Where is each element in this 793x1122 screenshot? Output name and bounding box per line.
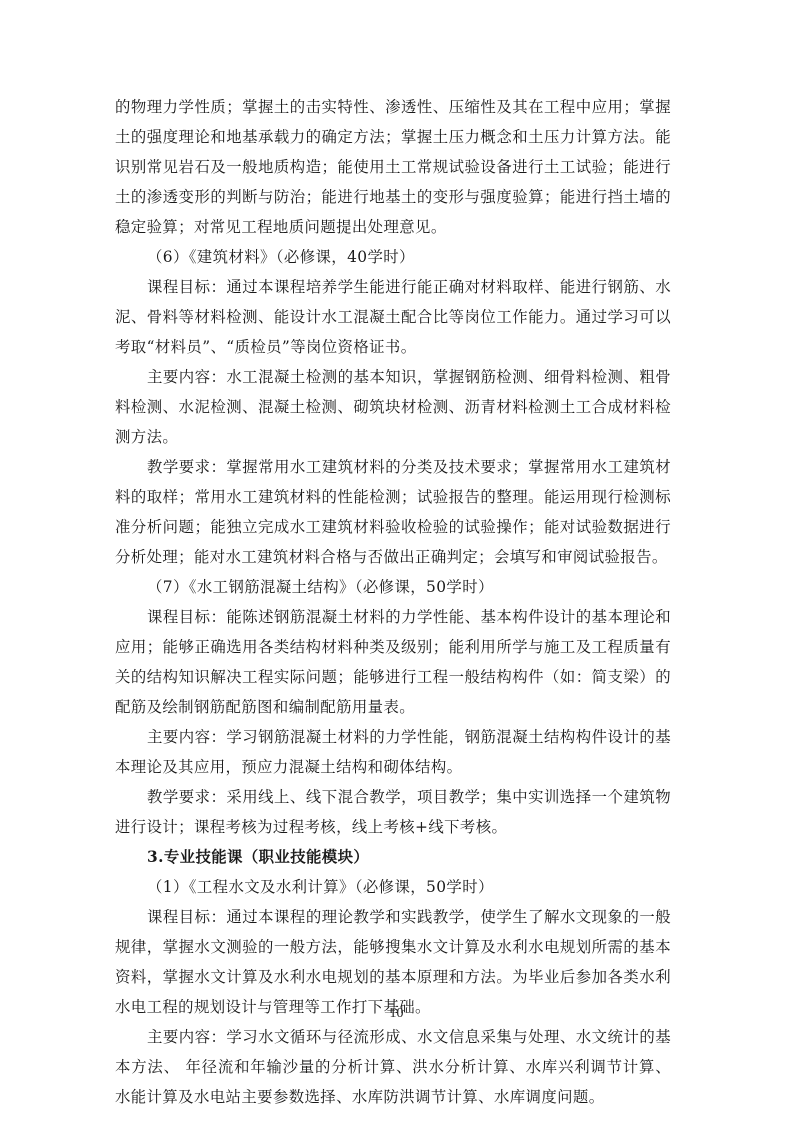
paragraph-building-materials-requirements: 教学要求：掌握常用水工建筑材料的分类及技术要求；掌握常用水工建筑材料的取样；常用…	[115, 452, 671, 572]
document-page: 的物理力学性质；掌握土的击实特性、渗透性、压缩性及其在工程中应用；掌握土的强度理…	[115, 92, 671, 1112]
paragraph-building-materials-goal: 课程目标：通过本课程培养学生能进行能正确对材料取样、能进行钢筋、水泥、骨料等材料…	[115, 272, 671, 362]
paragraph-soil-mechanics-continuation: 的物理力学性质；掌握土的击实特性、渗透性、压缩性及其在工程中应用；掌握土的强度理…	[115, 92, 671, 242]
page-number: 10	[0, 1006, 793, 1022]
course-heading-hydrology: （1）《工程水文及水利计算》（必修课，50学时）	[115, 872, 671, 902]
paragraph-rc-structures-requirements: 教学要求：采用线上、线下混合教学，项目教学；集中实训选择一个建筑物进行设计；课程…	[115, 782, 671, 842]
paragraph-rc-structures-content: 主要内容：学习钢筋混凝土材料的力学性能，钢筋混凝土结构构件设计的基本理论及其应用…	[115, 722, 671, 782]
section-heading-professional-skills: 3.专业技能课（职业技能模块）	[115, 842, 671, 872]
paragraph-hydrology-goal: 课程目标：通过本课程的理论教学和实践教学，使学生了解水文现象的一般规律，掌握水文…	[115, 902, 671, 1022]
paragraph-building-materials-content: 主要内容：水工混凝土检测的基本知识，掌握钢筋检测、细骨料检测、粗骨料检测、水泥检…	[115, 362, 671, 452]
paragraph-hydrology-content: 主要内容：学习水文循环与径流形成、水文信息采集与处理、水文统计的基本方法、 年径…	[115, 1022, 671, 1112]
paragraph-rc-structures-goal: 课程目标：能陈述钢筋混凝土材料的力学性能、基本构件设计的基本理论和应用；能够正确…	[115, 602, 671, 722]
course-heading-rc-structures: （7）《水工钢筋混凝土结构》（必修课，50学时）	[115, 572, 671, 602]
course-heading-building-materials: （6）《建筑材料》（必修课，40学时）	[115, 242, 671, 272]
